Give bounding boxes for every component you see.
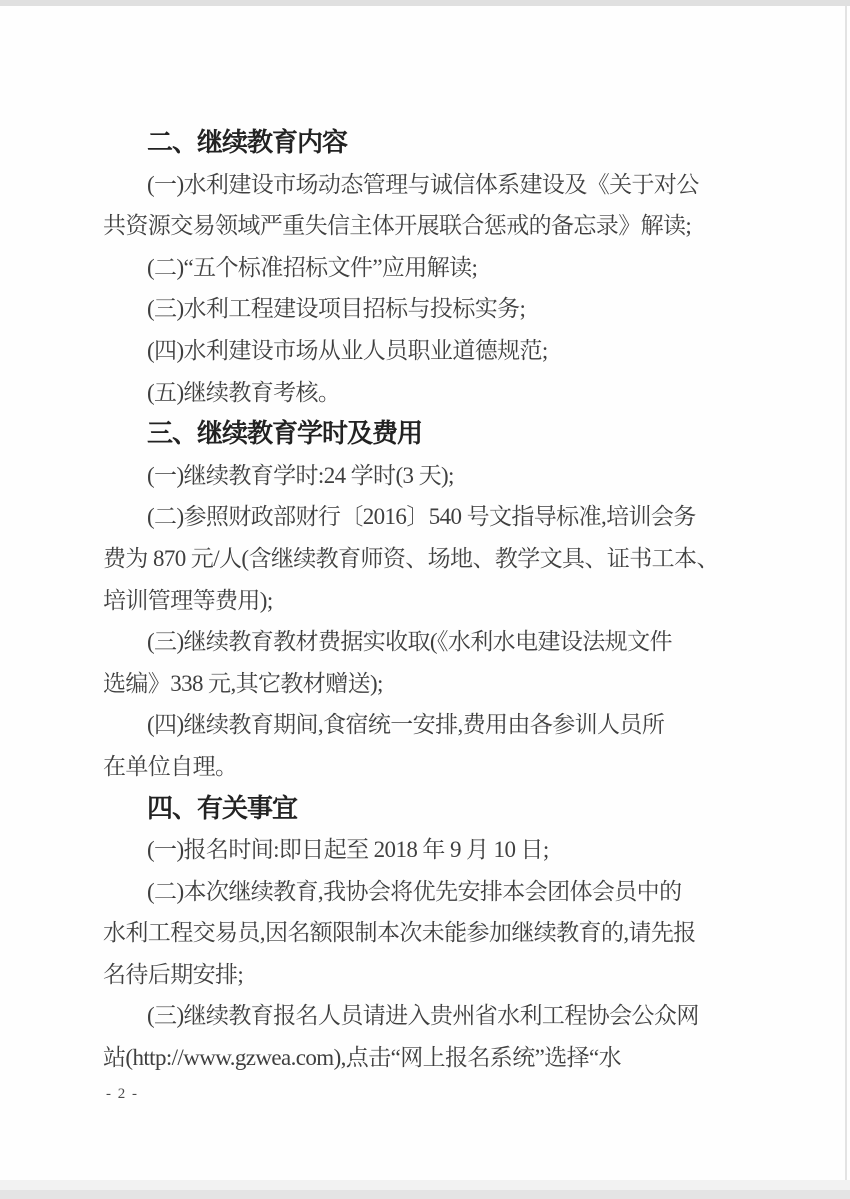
scan-edge-top <box>0 0 850 6</box>
scan-edge-right <box>845 6 847 1199</box>
document-text-line: 共资源交易领域严重失信主体开展联合惩戒的备忘录》解读; <box>103 205 751 247</box>
document-text-line: 在单位自理。 <box>103 746 751 788</box>
document-text-line: (五)继续教育考核。 <box>103 372 751 414</box>
document-text-line: (三)继续教育教材费据实收取(《水利水电建设法规文件 <box>103 621 751 663</box>
document-text-line: (二)本次继续教育,我协会将优先安排本会团体会员中的 <box>103 871 751 913</box>
section-heading: 三、继续教育学时及费用 <box>103 413 751 455</box>
document-text-line: 水利工程交易员,因名额限制本次未能参加继续教育的,请先报 <box>103 912 751 954</box>
document-text-line: (一)报名时间:即日起至 2018 年 9 月 10 日; <box>103 829 751 871</box>
document-body: 二、继续教育内容(一)水利建设市场动态管理与诚信体系建设及《关于对公共资源交易领… <box>103 122 751 1079</box>
scanned-document-page: 二、继续教育内容(一)水利建设市场动态管理与诚信体系建设及《关于对公共资源交易领… <box>0 0 850 1199</box>
document-text-line: (三)水利工程建设项目招标与投标实务; <box>103 288 751 330</box>
document-text-line: (一)水利建设市场动态管理与诚信体系建设及《关于对公 <box>103 164 751 206</box>
document-text-line: 费为 870 元/人(含继续教育师资、场地、教学文具、证书工本、 <box>103 538 751 580</box>
document-text-line: (四)继续教育期间,食宿统一安排,费用由各参训人员所 <box>103 704 751 746</box>
document-text-line: 选编》338 元,其它教材赠送); <box>103 663 751 705</box>
document-text-line: (三)继续教育报名人员请进入贵州省水利工程协会公众网 <box>103 995 751 1037</box>
scan-edge-bottom <box>0 1190 850 1199</box>
scan-edge-bottom-shadow <box>0 1180 850 1190</box>
section-heading: 二、继续教育内容 <box>103 122 751 164</box>
document-text-line: (二)参照财政部财行〔2016〕540 号文指导标准,培训会务 <box>103 496 751 538</box>
document-text-line: (一)继续教育学时:24 学时(3 天); <box>103 455 751 497</box>
document-text-line: 名待后期安排; <box>103 954 751 996</box>
document-text-line: (四)水利建设市场从业人员职业道德规范; <box>103 330 751 372</box>
document-text-line: (二)“五个标准招标文件”应用解读; <box>103 247 751 289</box>
document-text-line: 培训管理等费用); <box>103 580 751 622</box>
page-number: - 2 - <box>106 1086 139 1103</box>
section-heading: 四、有关事宜 <box>103 788 751 830</box>
document-text-line: 站(http://www.gzwea.com),点击“网上报名系统”选择“水 <box>103 1037 751 1079</box>
